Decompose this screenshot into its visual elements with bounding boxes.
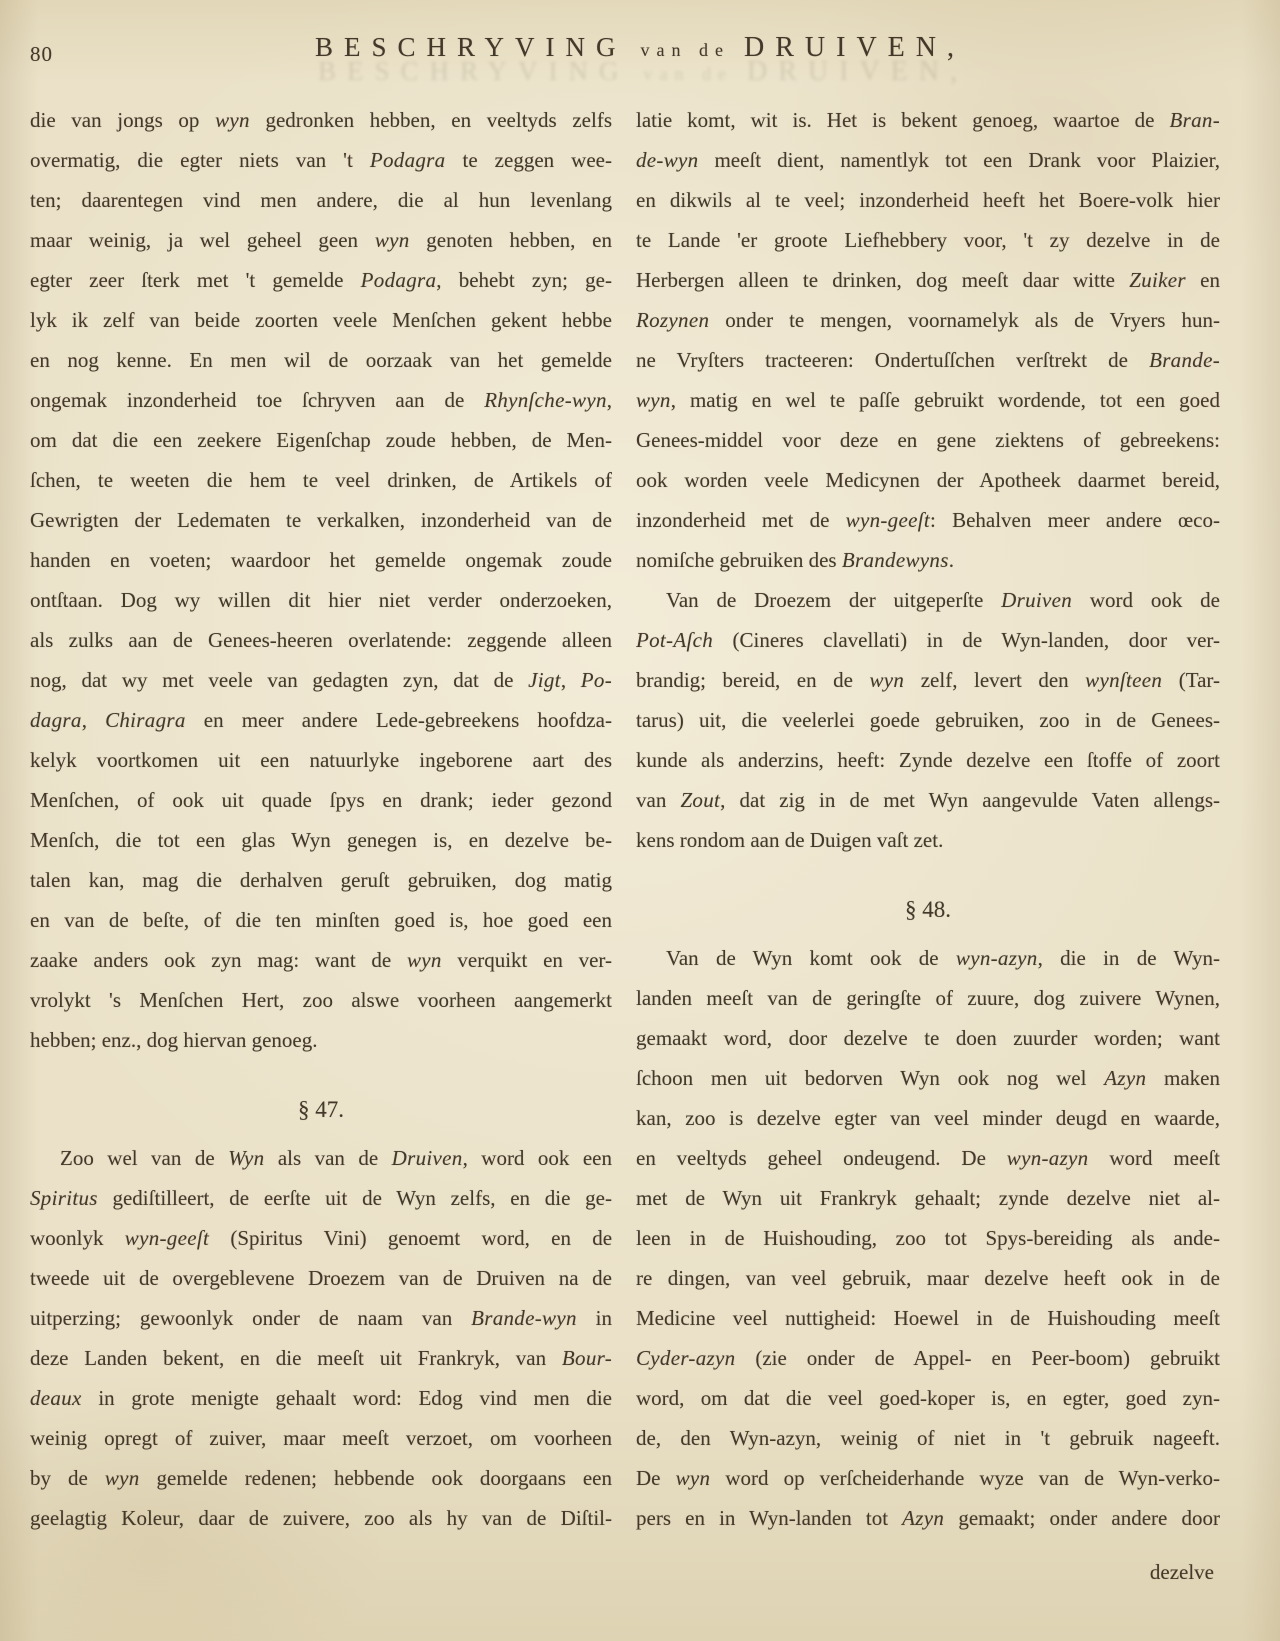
text-line: en veeltyds geheel ondeugend. De wyn-azy… — [636, 1138, 1220, 1178]
paragraph: Van de Wyn komt ook de wyn-azyn, die in … — [636, 938, 1220, 1538]
text-line: Menſchen, of ook uit quade ſpys en drank… — [30, 780, 612, 820]
text-line: als zulks aan de Genees-heeren overlaten… — [30, 620, 612, 660]
text-line: die van jongs op wyn gedronken hebben, e… — [30, 100, 612, 140]
text-line: ongemak inzonderheid toe ſchryven aan de… — [30, 380, 612, 420]
text-line: overmatig, die egter niets van 't Podagr… — [30, 140, 612, 180]
paragraph: latie komt, wit is. Het is bekent genoeg… — [636, 100, 1220, 580]
text-line: deze Landen bekent, en die meeſt uit Fra… — [30, 1338, 612, 1378]
text-line: Pot-Aſch (Cineres clavellati) in de Wyn-… — [636, 620, 1220, 660]
text-line: de-wyn meeſt dient, namentlyk tot een Dr… — [636, 140, 1220, 180]
text-line: leen in de Huishouding, zoo tot Spys-ber… — [636, 1218, 1220, 1258]
text-line: weinig opregt of zuiver, maar meeſt verz… — [30, 1418, 612, 1458]
text-line: by de wyn gemelde redenen; hebbende ook … — [30, 1458, 612, 1498]
text-line: Herbergen alleen te drinken, dog meeſt d… — [636, 260, 1220, 300]
text-line: Rozynen onder te mengen, voornamelyk als… — [636, 300, 1220, 340]
text-line: ontſtaan. Dog wy willen dit hier niet ve… — [30, 580, 612, 620]
text-line: kunde als anderzins, heeft: Zynde dezelv… — [636, 740, 1220, 780]
text-line: nog, dat wy met veele van gedagten zyn, … — [30, 660, 612, 700]
catchword: dezelve — [636, 1552, 1220, 1592]
text-line: latie komt, wit is. Het is bekent genoeg… — [636, 100, 1220, 140]
paragraph: Zoo wel van de Wyn als van de Druiven, w… — [30, 1138, 612, 1538]
text-line: te Lande 'er groote Liefhebbery voor, 't… — [636, 220, 1220, 260]
column-left: die van jongs op wyn gedronken hebben, e… — [30, 100, 612, 1592]
text-line: Cyder-azyn (zie onder de Appel- en Peer-… — [636, 1338, 1220, 1378]
text-line: en nog kenne. En men wil de oorzaak van … — [30, 340, 612, 380]
text-line: maar weinig, ja wel geheel geen wyn geno… — [30, 220, 612, 260]
text-line: Van de Wyn komt ook de wyn-azyn, die in … — [636, 938, 1220, 978]
text-line: pers en in Wyn-landen tot Azyn gemaakt; … — [636, 1498, 1220, 1538]
text-line: woonlyk wyn-geeſt (Spiritus Vini) genoem… — [30, 1218, 612, 1258]
text-line: dagra, Chiragra en meer andere Lede-gebr… — [30, 700, 612, 740]
text-line: De wyn word op verſcheiderhande wyze van… — [636, 1458, 1220, 1498]
text-line: van Zout, dat zig in de met Wyn aangevul… — [636, 780, 1220, 820]
text-line: handen en voeten; waardoor het gemelde o… — [30, 540, 612, 580]
text-line: ſchoon men uit bedorven Wyn ook nog wel … — [636, 1058, 1220, 1098]
text-line: kan, zoo is dezelve egter van veel minde… — [636, 1098, 1220, 1138]
text-line: en van de beſte, of die ten minſten goed… — [30, 900, 612, 940]
text-line: met de Wyn uit Frankryk gehaalt; zynde d… — [636, 1178, 1220, 1218]
text-line: tarus) uit, die veelerlei goede gebruike… — [636, 700, 1220, 740]
book-page: 80 BESCHRYVINGvan deDRUIVEN, BESCHRYVING… — [0, 0, 1280, 1641]
text-line: de, den Wyn-azyn, weinig of niet in 't g… — [636, 1418, 1220, 1458]
section-heading: § 48. — [636, 890, 1220, 930]
text-line: Gewrigten der Ledematen te verkalken, in… — [30, 500, 612, 540]
text-line: nomiſche gebruiken des Brandewyns. — [636, 540, 1220, 580]
text-line: ook worden veele Medicynen der Apotheek … — [636, 460, 1220, 500]
text-line: Van de Droezem der uitgeperſte Druiven w… — [636, 580, 1220, 620]
text-line: kens rondom aan de Duigen vaſt zet. — [636, 820, 1220, 860]
text-line: inzonderheid met de wyn-geeſt: Behalven … — [636, 500, 1220, 540]
text-line: om dat die een zeekere Eigenſchap zoude … — [30, 420, 612, 460]
text-line: wyn, matig en wel te paſſe gebruikt word… — [636, 380, 1220, 420]
text-line: geelagtig Koleur, daar de zuivere, zoo a… — [30, 1498, 612, 1538]
text-line: kelyk voortkomen uit een natuurlyke inge… — [30, 740, 612, 780]
text-line: ſchen, te weeten die hem te veel drinken… — [30, 460, 612, 500]
running-head-subject: DRUIVEN, — [744, 32, 965, 63]
text-line: ten; daarentegen vind men andere, die al… — [30, 180, 612, 220]
text-line: brandig; bereid, en de wyn zelf, levert … — [636, 660, 1220, 700]
text-line: tweede uit de overgeblevene Droezem van … — [30, 1258, 612, 1298]
text-line: hebben; enz., dog hiervan genoeg. — [30, 1020, 612, 1060]
section-heading: § 47. — [30, 1090, 612, 1130]
paragraph: Van de Droezem der uitgeperſte Druiven w… — [636, 580, 1220, 860]
text-line: landen meeſt van de geringſte of zuure, … — [636, 978, 1220, 1018]
text-line: Spiritus gediſtilleert, de eerſte uit de… — [30, 1178, 612, 1218]
text-line: gemaakt word, door dezelve te doen zuurd… — [636, 1018, 1220, 1058]
text-line: re dingen, van veel gebruik, maar dezelv… — [636, 1258, 1220, 1298]
column-right: latie komt, wit is. Het is bekent genoeg… — [636, 100, 1220, 1592]
text-line: Zoo wel van de Wyn als van de Druiven, w… — [30, 1138, 612, 1178]
text-line: vrolykt 's Menſchen Hert, zoo alswe voor… — [30, 980, 612, 1020]
running-head-connector: van de — [627, 40, 744, 60]
text-line: en dikwils al te veel; inzonderheid heef… — [636, 180, 1220, 220]
text-line: lyk ik zelf van beide zoorten veele Menſ… — [30, 300, 612, 340]
text-line: Genees-middel voor deze en gene ziektens… — [636, 420, 1220, 460]
running-head-ghost-connector: van de — [630, 64, 747, 84]
running-head-title: BESCHRYVING — [315, 32, 627, 62]
text-line: Menſch, die tot een glas Wyn genegen is,… — [30, 820, 612, 860]
text-line: word, om dat die veel goed-koper is, en … — [636, 1378, 1220, 1418]
text-line: deaux in grote menigte gehaalt word: Edo… — [30, 1378, 612, 1418]
running-head: BESCHRYVINGvan deDRUIVEN, — [0, 32, 1280, 64]
text-line: talen kan, mag die derhalven geruſt gebr… — [30, 860, 612, 900]
text-columns: die van jongs op wyn gedronken hebben, e… — [30, 100, 1220, 1592]
text-line: uitperzing; gewoonlyk onder de naam van … — [30, 1298, 612, 1338]
text-line: zaake anders ook zyn mag: want de wyn ve… — [30, 940, 612, 980]
text-line: Medicine veel nuttigheid: Hoewel in de H… — [636, 1298, 1220, 1338]
text-line: egter zeer ſterk met 't gemelde Podagra,… — [30, 260, 612, 300]
paragraph: die van jongs op wyn gedronken hebben, e… — [30, 100, 612, 1060]
text-line: ne Vryſters tracteeren: Ondertuſſchen ve… — [636, 340, 1220, 380]
